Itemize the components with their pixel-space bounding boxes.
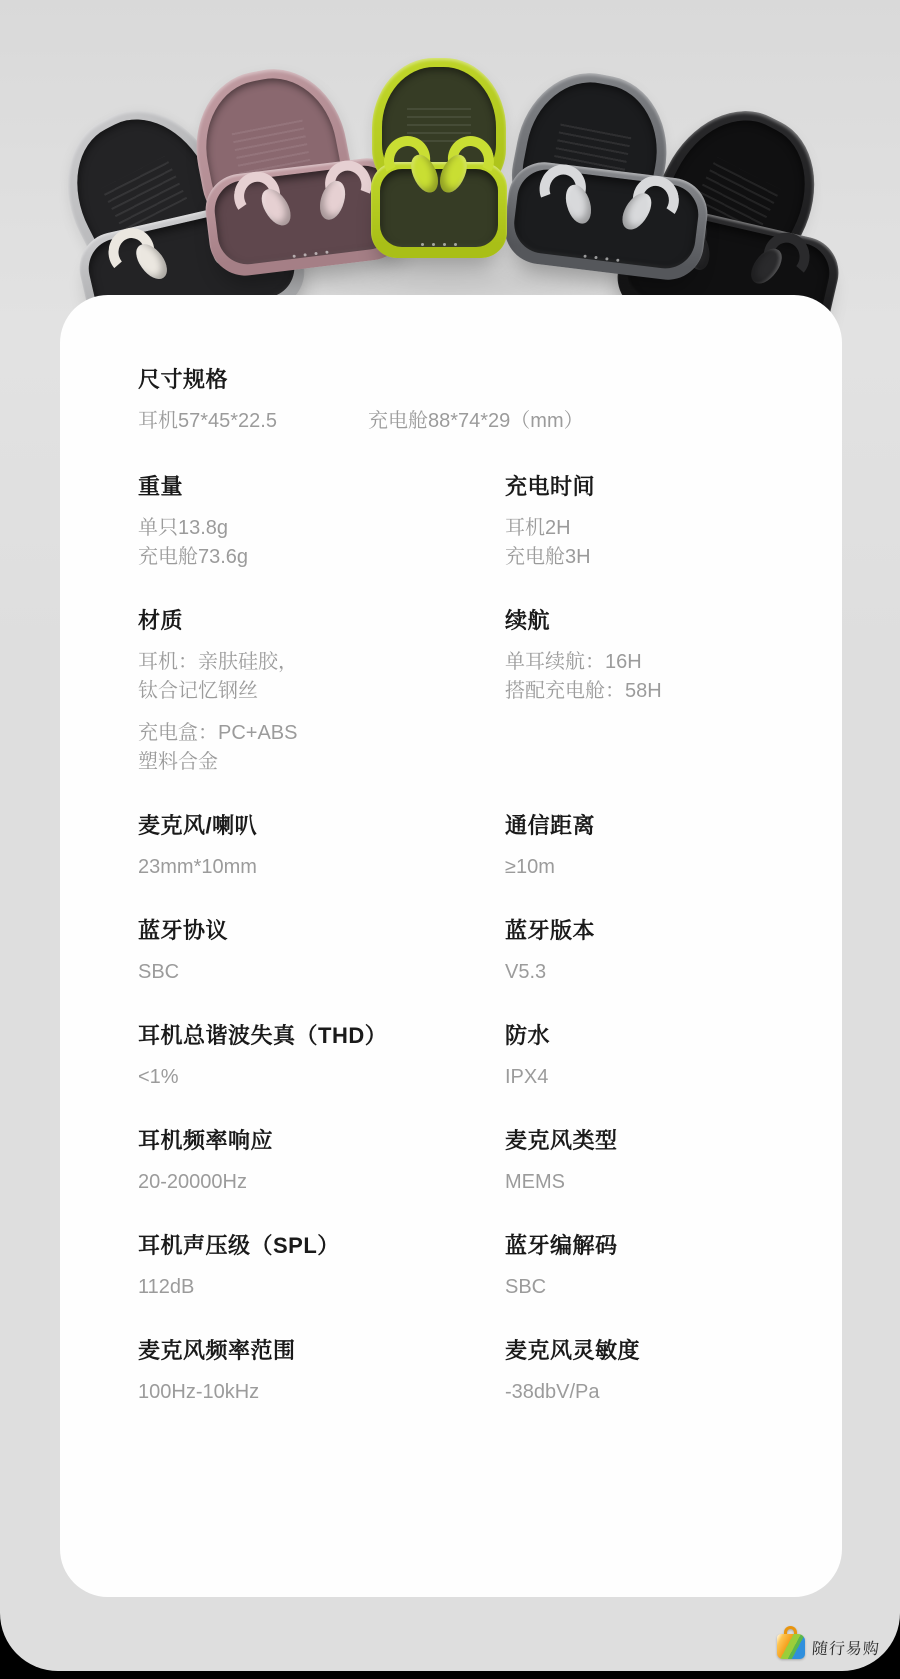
- earbud: [228, 164, 300, 239]
- product-case-graphite: [488, 74, 718, 274]
- spec-value: 单耳续航：16H: [505, 648, 792, 677]
- case-base: [371, 162, 507, 258]
- spec-value: 单只13.8g: [138, 514, 505, 543]
- spec-section-mic-sensitivity: 麦克风灵敏度 -38dbV/Pa: [505, 1338, 792, 1407]
- shopping-bag-icon: [777, 1626, 805, 1659]
- spec-title: 耳机频率响应: [138, 1128, 505, 1154]
- watermark: 随行易购: [777, 1626, 880, 1659]
- spec-title: 耳机声压级（SPL）: [138, 1233, 505, 1259]
- spec-grid: 重量 单只13.8g 充电舱73.6g 充电时间 耳机2H 充电舱3H 材质 耳…: [138, 474, 792, 1407]
- spec-card: 尺寸规格 耳机57*45*22.5 充电舱88*74*29（mm） 重量 单只1…: [60, 295, 842, 1597]
- spec-value: 充电盒：PC+ABS: [138, 719, 505, 748]
- page-canvas: 尺寸规格 耳机57*45*22.5 充电舱88*74*29（mm） 重量 单只1…: [0, 0, 900, 1671]
- spec-value: V5.3: [505, 958, 792, 987]
- spec-value: 塑料合金: [138, 748, 505, 777]
- spec-section-waterproof: 防水 IPX4: [505, 1023, 792, 1092]
- spec-section-battery-life: 续航 单耳续航：16H 搭配充电舱：58H: [505, 608, 792, 706]
- spec-section-mic-speaker: 麦克风/喇叭 23mm*10mm: [138, 813, 505, 882]
- spec-value: 充电舱88*74*29（mm）: [368, 407, 584, 436]
- spec-title: 麦克风类型: [505, 1128, 792, 1154]
- spec-title: 蓝牙协议: [138, 918, 505, 944]
- spec-value: 20-20000Hz: [138, 1168, 505, 1197]
- spec-section-mic-type: 麦克风类型 MEMS: [505, 1128, 792, 1197]
- spec-value: 充电舱73.6g: [138, 543, 505, 572]
- spec-section-thd: 耳机总谐波失真（THD） <1%: [138, 1023, 505, 1092]
- spec-value: ≥10m: [505, 853, 792, 882]
- hero-product-photo: [0, 0, 900, 320]
- spec-value: 耳机57*45*22.5: [138, 407, 368, 436]
- earbud: [539, 164, 598, 227]
- product-case-lime: [372, 58, 512, 268]
- spec-section-range: 通信距离 ≥10m: [505, 813, 792, 882]
- spec-title: 蓝牙版本: [505, 918, 792, 944]
- spec-title: 防水: [505, 1023, 792, 1049]
- spec-title: 材质: [138, 608, 505, 634]
- spec-title: 重量: [138, 474, 505, 500]
- spec-value: 搭配充电舱：58H: [505, 677, 792, 706]
- product-spec-page: 尺寸规格 耳机57*45*22.5 充电舱88*74*29（mm） 重量 单只1…: [0, 0, 900, 1679]
- watermark-label: 随行易购: [811, 1636, 881, 1659]
- spec-title: 麦克风频率范围: [138, 1338, 505, 1364]
- spec-title: 通信距离: [505, 813, 792, 839]
- bag-body: [777, 1634, 805, 1659]
- spec-section-spl: 耳机声压级（SPL） 112dB: [138, 1233, 505, 1302]
- spec-section-weight: 重量 单只13.8g 充电舱73.6g: [138, 474, 505, 572]
- spec-section-material: 材质 耳机：亲肤硅胶， 钛合记忆钢丝 充电盒：PC+ABS 塑料合金: [138, 608, 505, 777]
- spec-title: 尺寸规格: [138, 367, 792, 393]
- spec-title: 充电时间: [505, 474, 792, 500]
- spec-value: SBC: [505, 1273, 792, 1302]
- earbud: [431, 131, 497, 200]
- spec-section-bt-codec: 蓝牙编解码 SBC: [505, 1233, 792, 1302]
- spec-value: MEMS: [505, 1168, 792, 1197]
- spec-value: 充电舱3H: [505, 543, 792, 572]
- spec-value: IPX4: [505, 1063, 792, 1092]
- spec-value: 100Hz-10kHz: [138, 1378, 505, 1407]
- case-base: [501, 158, 712, 284]
- led-dots: [421, 243, 457, 246]
- spec-title: 耳机总谐波失真（THD）: [138, 1023, 505, 1049]
- spec-section-bt-protocol: 蓝牙协议 SBC: [138, 918, 505, 987]
- spec-value: 耳机2H: [505, 514, 792, 543]
- spec-value: 钛合记忆钢丝: [138, 677, 505, 706]
- spec-section-freq-response: 耳机频率响应 20-20000Hz: [138, 1128, 505, 1197]
- spec-section-bt-version: 蓝牙版本 V5.3: [505, 918, 792, 987]
- spec-title: 麦克风/喇叭: [138, 813, 505, 839]
- spec-title: 麦克风灵敏度: [505, 1338, 792, 1364]
- case-tray: [380, 169, 498, 247]
- spec-value: 112dB: [138, 1273, 505, 1302]
- spec-value: 耳机：亲肤硅胶，: [138, 648, 505, 677]
- earbud: [741, 222, 817, 301]
- spec-section-dimensions: 尺寸规格 耳机57*45*22.5 充电舱88*74*29（mm）: [138, 367, 792, 436]
- earbud: [313, 160, 372, 223]
- spec-value: SBC: [138, 958, 505, 987]
- spec-title: 蓝牙编解码: [505, 1233, 792, 1259]
- case-tray: [511, 166, 702, 272]
- spec-value: -38dbV/Pa: [505, 1378, 792, 1407]
- spec-value: 23mm*10mm: [138, 853, 505, 882]
- spec-section-mic-freq-range: 麦克风频率范围 100Hz-10kHz: [138, 1338, 505, 1407]
- spec-value: <1%: [138, 1063, 505, 1092]
- spec-title: 续航: [505, 608, 792, 634]
- earbud: [612, 168, 684, 243]
- spec-section-charge-time: 充电时间 耳机2H 充电舱3H: [505, 474, 792, 572]
